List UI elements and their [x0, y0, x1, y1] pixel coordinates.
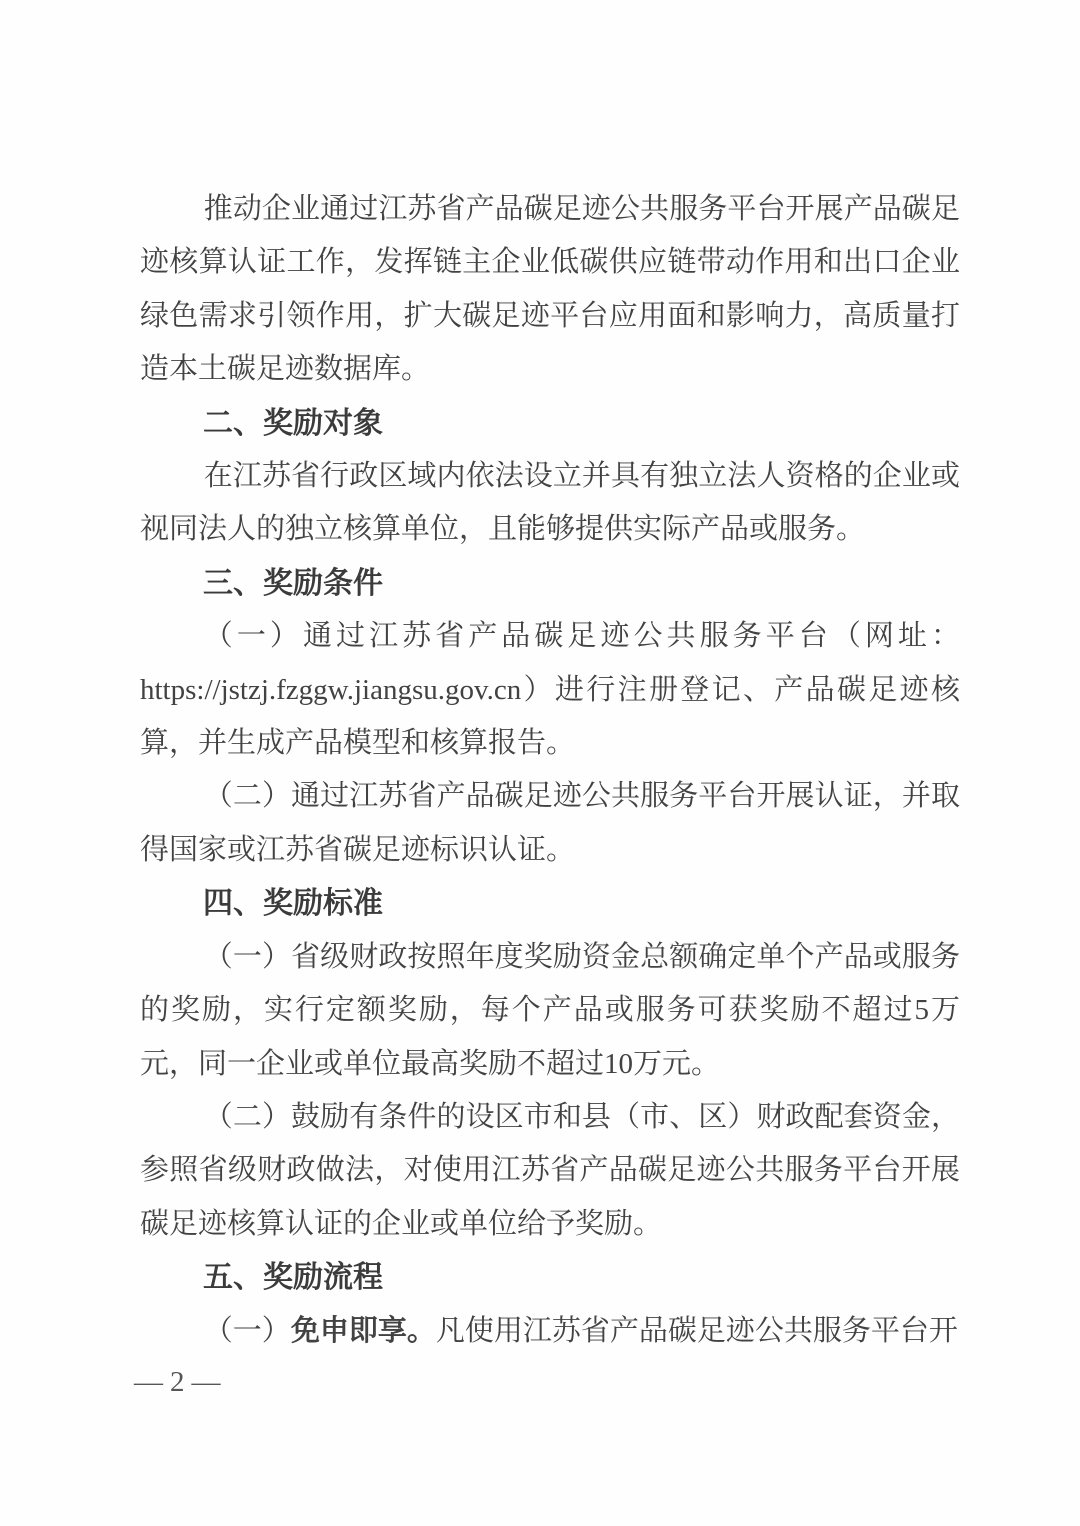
heading-reward-process: 五、奖励流程 [140, 1251, 960, 1304]
page-number: —2— [134, 1366, 228, 1399]
paragraph-condition-1: （一）通过江苏省产品碳足迹公共服务平台（网址：https://jstzj.fzg… [140, 610, 960, 770]
paragraph-standard-1: （一）省级财政按照年度奖励资金总额确定单个产品或服务的奖励，实行定额奖励，每个产… [140, 931, 960, 1091]
process-1-bold-lead: 免申即享。 [291, 1315, 436, 1347]
paragraph-standard-2: （二）鼓励有条件的设区市和县（市、区）财政配套资金，参照省级财政做法，对使用江苏… [140, 1091, 960, 1251]
heading-reward-conditions: 三、奖励条件 [140, 557, 960, 610]
document-page: 推动企业通过江苏省产品碳足迹公共服务平台开展产品碳足迹核算认证工作，发挥链主企业… [0, 0, 1080, 1526]
document-content: 推动企业通过江苏省产品碳足迹公共服务平台开展产品碳足迹核算认证工作，发挥链主企业… [140, 183, 960, 1358]
paragraph-process-1: （一）免申即享。凡使用江苏省产品碳足迹公共服务平台开 [140, 1305, 960, 1358]
paragraph-condition-2: （二）通过江苏省产品碳足迹公共服务平台开展认证，并取得国家或江苏省碳足迹标识认证… [140, 770, 960, 877]
heading-reward-standards: 四、奖励标准 [140, 877, 960, 930]
process-1-number-prefix: （一） [204, 1315, 291, 1347]
paragraph-intro: 推动企业通过江苏省产品碳足迹公共服务平台开展产品碳足迹核算认证工作，发挥链主企业… [140, 183, 960, 397]
heading-reward-targets: 二、奖励对象 [140, 397, 960, 450]
paragraph-reward-targets: 在江苏省行政区域内依法设立并具有独立法人资格的企业或视同法人的独立核算单位，且能… [140, 450, 960, 557]
process-1-text: 凡使用江苏省产品碳足迹公共服务平台开 [436, 1315, 958, 1347]
